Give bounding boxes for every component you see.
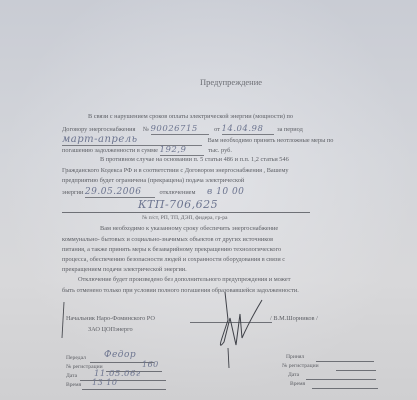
cutoff-time: в 10 00 (207, 187, 244, 197)
period-label: за период (277, 126, 303, 133)
received-time-label: Время (290, 381, 305, 387)
p1-contract-label: Договору энергоснабжения (62, 126, 135, 133)
received-label: Принял (286, 354, 304, 360)
time-value: 13 10 (92, 378, 117, 387)
time-label: Время (66, 382, 81, 388)
time-underline (82, 389, 166, 390)
received-date-label: Дата (288, 372, 299, 378)
reg-value: 160 (142, 360, 159, 369)
received-date-underline (306, 379, 376, 380)
p2-line4: энергии 29.05.2006 отключением в 10 00 (62, 187, 244, 198)
document-title: Предупреждение (200, 77, 262, 87)
received-time-underline (312, 388, 378, 389)
p1-line3-text: Вам необходимо принять неотложные меры п… (208, 137, 334, 144)
debt-unit: тыс. руб. (208, 147, 232, 154)
debt-amount: 192,9 (160, 145, 204, 156)
signer-name: / В.М.Шорников / (270, 315, 318, 322)
p3-line2: коммунально- бытовых и социально-значимы… (62, 236, 273, 243)
bracket-mark-icon (60, 300, 66, 340)
energy-label: энергии (62, 189, 83, 196)
debt-label: погашению задолженности в сумме (62, 147, 158, 154)
date-label: Дата (66, 373, 77, 379)
received-reg-underline (336, 370, 376, 371)
signature-icon (200, 290, 270, 370)
cutoff-label: отключением (160, 189, 196, 196)
number-label: № (143, 126, 149, 133)
object-caption: № п/ст, РП, ТП, ДЭП, фидера, гр-ра (142, 215, 228, 221)
p2-line1: В противном случае на основании п. 5 ста… (100, 156, 289, 163)
sent-label: Передал (66, 355, 86, 361)
p1-line1: В связи с нарушением сроков оплаты элект… (88, 113, 293, 120)
object-value: КТП-706,625 (138, 198, 218, 211)
cutoff-date: 29.05.2006 (85, 187, 155, 198)
received-underline (316, 361, 374, 362)
scanned-document: Предупреждение В связи с нарушением срок… (0, 0, 417, 400)
received-reg-label: № регистрации (282, 363, 319, 369)
sent-value: Федор (104, 350, 136, 360)
p3-line4: процесса, обеспечению безопасности людей… (62, 256, 285, 263)
p1-line4: погашению задолженности в сумме 192,9 ты… (62, 145, 232, 156)
p4-line1: Отключение будет произведено без дополни… (78, 276, 290, 283)
p2-line3: предприятию будет ограничена (прекращена… (62, 177, 244, 184)
from-label: от (214, 126, 220, 133)
object-underline (62, 212, 310, 213)
p3-line5: прекращением подачи электрической энерги… (62, 266, 187, 273)
p2-line2: Гражданского Кодекса РФ и в соответствии… (62, 167, 288, 174)
p3-line3: питания, а также принять меры к безавари… (62, 246, 281, 253)
signer-position-1: Начальник Наро-Фоминского РО (66, 315, 155, 322)
signer-position-2: ЗАО ЦОПэнерго (88, 326, 133, 333)
p3-line1: Вам необходимо к указанному сроку обеспе… (100, 225, 278, 232)
